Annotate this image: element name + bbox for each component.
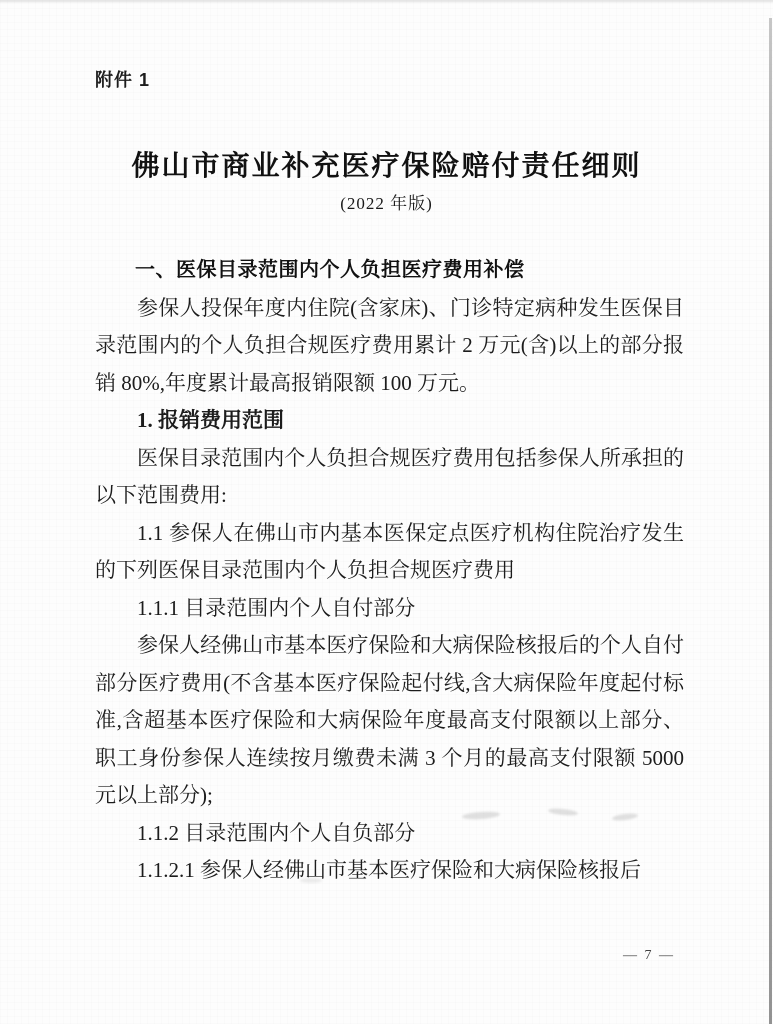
- page-number: — 7 —: [604, 948, 694, 964]
- document-body: 一、医保目录范围内个人负担医疗费用补偿 参保人投保年度内住院(含家床)、门诊特定…: [95, 252, 684, 890]
- scanned-document-page: 附件 1 佛山市商业补充医疗保险赔付责任细则 (2022 年版) 一、医保目录范…: [0, 0, 773, 1024]
- paragraph-coverage-summary: 参保人投保年度内住院(含家床)、门诊特定病种发生医保目录范围内的个人负担合规医疗…: [95, 290, 684, 403]
- edition-label: (2022 年版): [0, 189, 773, 214]
- attachment-label: 附件 1: [95, 66, 150, 92]
- section-heading-1: 一、医保目录范围内个人负担医疗费用补偿: [95, 252, 684, 290]
- paragraph-1-1-2-1: 1.1.2.1 参保人经佛山市基本医疗保险和大病保险核报后: [95, 852, 684, 890]
- paragraph-1-1: 1.1 参保人在佛山市内基本医保定点医疗机构住院治疗发生的下列医保目录范围内个人…: [95, 515, 684, 590]
- scan-smudge: [300, 878, 322, 883]
- heading-1-1-2: 1.1.2 目录范围内个人自负部分: [95, 815, 684, 853]
- heading-1-1-1: 1.1.1 目录范围内个人自付部分: [95, 590, 684, 628]
- document-title: 佛山市商业补充医疗保险赔付责任细则: [0, 144, 773, 184]
- heading-reimbursement-scope: 1. 报销费用范围: [95, 402, 684, 440]
- paragraph-self-pay-detail: 参保人经佛山市基本医疗保险和大病保险核报后的个人自付部分医疗费用(不含基本医疗保…: [95, 627, 684, 815]
- scan-top-edge-shadow: [0, 0, 773, 4]
- paragraph-scope-intro: 医保目录范围内个人负担合规医疗费用包括参保人所承担的以下范围费用:: [95, 440, 684, 515]
